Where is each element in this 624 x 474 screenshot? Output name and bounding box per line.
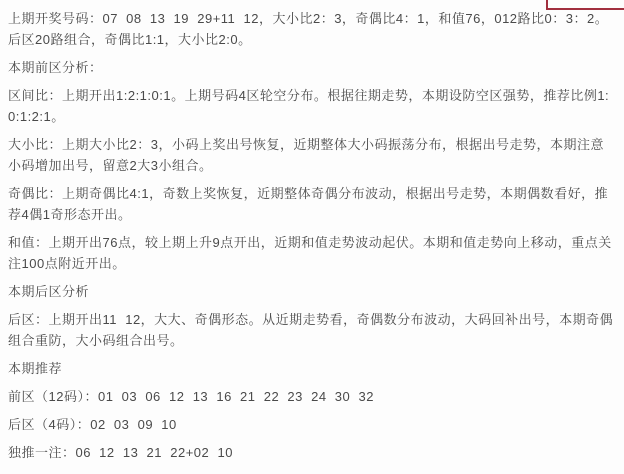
- back-area-analysis-heading: 本期后区分析: [8, 281, 614, 302]
- back-area-analysis: 后区：上期开出11 12，大大、奇偶形态。从近期走势看，奇偶数分布波动，大码回补…: [8, 309, 614, 351]
- sum-value-analysis: 和值：上期开出76点，较上期上升9点开出，近期和值走势波动起伏。本期和值走势向上…: [8, 232, 614, 274]
- recommendation-heading: 本期推荐: [8, 358, 614, 379]
- big-small-ratio-analysis: 大小比：上期大小比2：3，小码上奖出号恢复，近期整体大小码振荡分布，根据出号走势…: [8, 134, 614, 176]
- lottery-analysis-article: 上期开奖号码：07 08 13 19 29+11 12，大小比2：3，奇偶比4：…: [8, 8, 614, 470]
- zone-ratio-analysis: 区间比：上期开出1:2:1:0:1。上期号码4区轮空分布。根据往期走势，本期设防…: [8, 85, 614, 127]
- odd-even-ratio-analysis: 奇偶比：上期奇偶比4:1，奇数上奖恢复，近期整体奇偶分布波动，根据出号走势，本期…: [8, 183, 614, 225]
- front-area-analysis-heading: 本期前区分析：: [8, 57, 614, 78]
- back-4-recommendation: 后区（4码）：02 03 09 10: [8, 414, 614, 435]
- single-bet-recommendation: 独推一注：06 12 13 21 22+02 10: [8, 442, 614, 463]
- front-12-recommendation: 前区（12码）：01 03 06 12 13 16 21 22 23 24 30…: [8, 386, 614, 407]
- page: { "colors": { "background": "#fdfdfd", "…: [0, 0, 624, 474]
- last-draw-summary: 上期开奖号码：07 08 13 19 29+11 12，大小比2：3，奇偶比4：…: [8, 8, 614, 50]
